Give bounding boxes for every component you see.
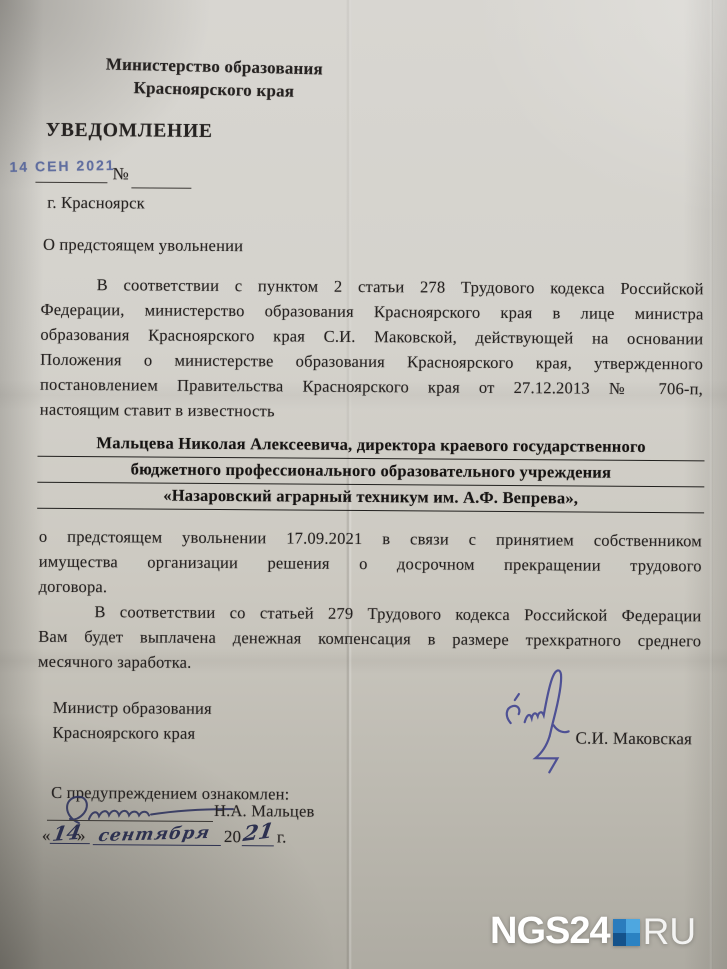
date-blank-line <box>35 182 107 184</box>
logo-square-top-left <box>613 919 627 933</box>
minister-title: Министр образования Красноярского края <box>52 695 211 746</box>
subject-line: О предстоящем увольнении <box>43 235 243 256</box>
paragraph-terms: о предстоящем увольнении 17.09.2021 в св… <box>38 524 702 679</box>
city-label: г. Красноярск <box>47 193 145 214</box>
addressee-line: бюджетного профессионального образовател… <box>37 458 704 488</box>
document-content: Министерство образования Красноярского к… <box>0 0 727 969</box>
paragraph-line: имущества организации решения о досрочно… <box>39 549 702 579</box>
watermark-domain-text: RU <box>643 911 696 953</box>
logo-square-bottom-left <box>613 933 627 947</box>
minister-title-line2: Красноярского края <box>52 720 211 746</box>
document-photo: Министерство образования Красноярского к… <box>0 0 727 969</box>
logo-square-top-right <box>626 919 640 933</box>
ngs24-watermark: NGS24 RU <box>490 910 696 953</box>
addressee-line: Мальцева Николая Алексеевича, директора … <box>38 432 705 462</box>
letterhead: Министерство образования Красноярского к… <box>80 52 349 104</box>
paragraph-line: месячного заработка. <box>38 649 701 679</box>
year-prefix: 20 <box>224 827 242 847</box>
paragraph-basis: В соответствии с пунктом 2 статьи 278 Тр… <box>40 272 704 427</box>
year-suffix: г. <box>277 827 287 847</box>
paragraph-line: настоящим ставит в известность <box>40 397 703 427</box>
month-blank-line <box>93 844 221 846</box>
number-blank-line <box>131 187 191 188</box>
minister-signature-ink <box>496 665 579 776</box>
minister-title-line1: Министр образования <box>53 695 212 721</box>
number-label: № <box>112 164 129 184</box>
addressee-line: «Назаровский аграрный техникум им. А.Ф. … <box>37 484 704 514</box>
handwritten-year: 21 <box>242 817 276 846</box>
ngs24-logo-icon <box>613 919 640 946</box>
logo-square-bottom-right <box>626 933 640 947</box>
addressee-block: Мальцева Николая Алексеевича, директора … <box>37 432 705 515</box>
minister-name: С.И. Маковская <box>575 728 692 749</box>
year-blank-line <box>242 845 274 846</box>
watermark-brand-text: NGS24 <box>490 910 610 953</box>
document-type-title: УВЕДОМЛЕНИЕ <box>46 120 213 143</box>
date-stamp: 14 СЕН 2021 <box>9 157 115 175</box>
handwritten-month: сентября <box>97 823 212 846</box>
